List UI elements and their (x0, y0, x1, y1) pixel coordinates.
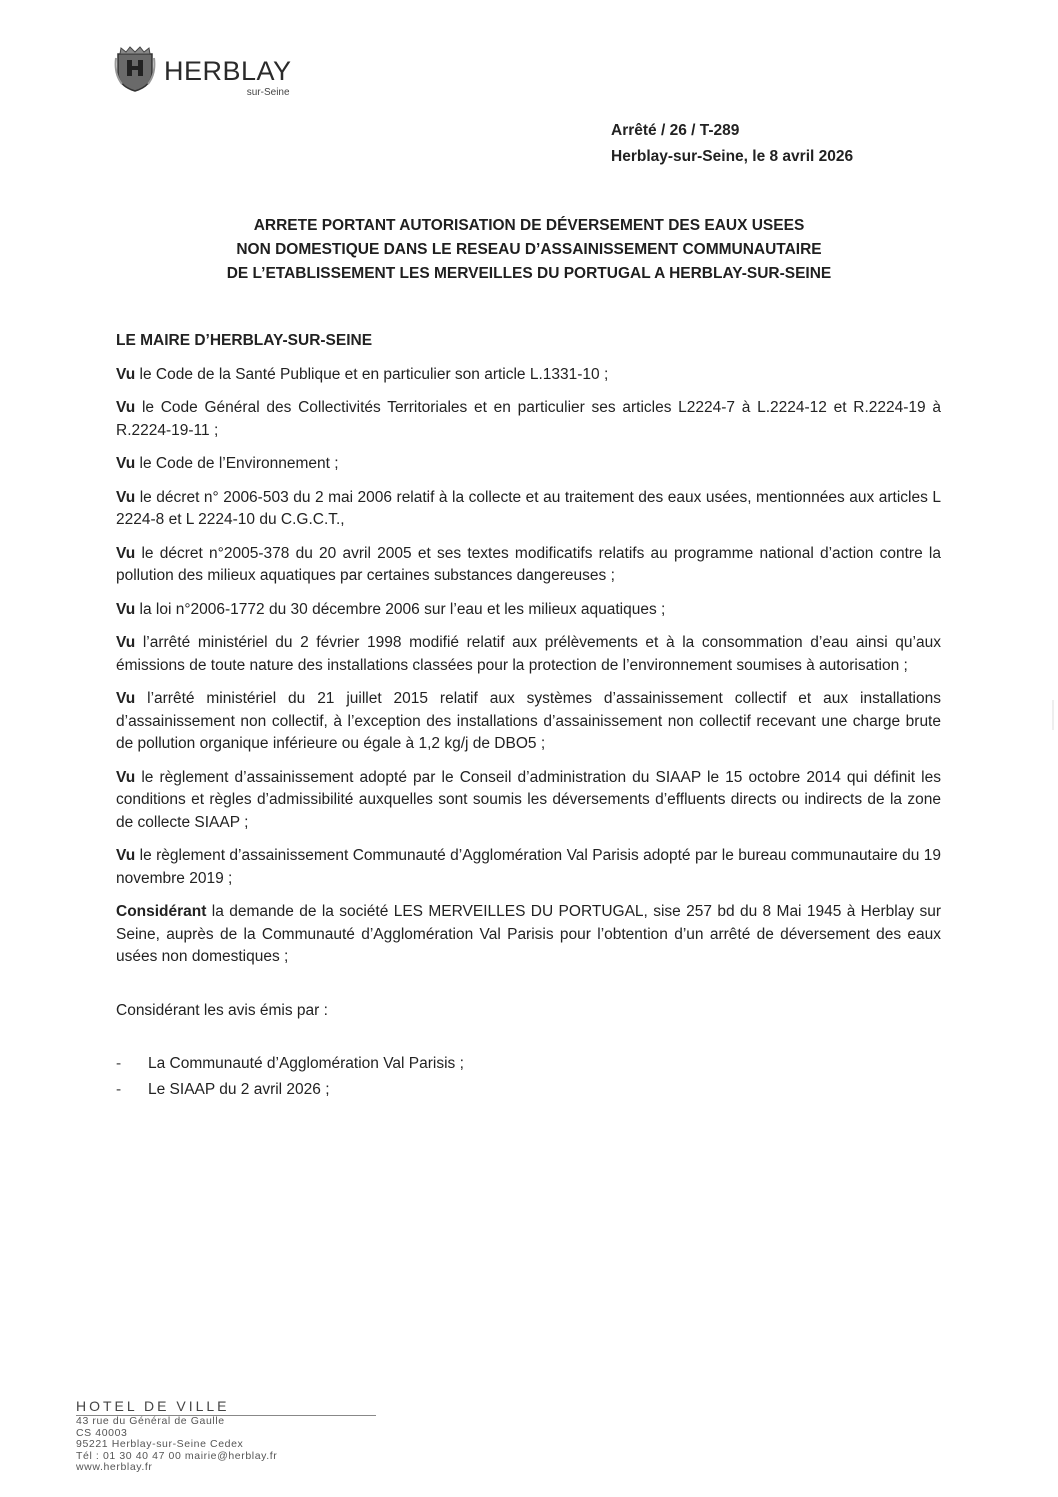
decree-title: ARRETE PORTANT AUTORISATION DE DÉVERSEME… (0, 214, 1058, 286)
document-page: HERBLAY sur-Seine Arrêté / 26 / T-289 He… (0, 0, 1058, 1497)
city-coat-of-arms-icon (114, 44, 156, 92)
paragraph-lead: Vu (116, 455, 135, 472)
paragraph-text: le décret n°2005-378 du 20 avril 2005 et… (116, 545, 941, 585)
logo-wordmark: HERBLAY sur-Seine (164, 57, 292, 85)
footer-title: HOTEL DE VILLE (76, 1398, 376, 1416)
paragraph-lead: Vu (116, 489, 135, 506)
paragraph-lead: Vu (116, 634, 135, 651)
paragraph-lead: Considérant (116, 903, 206, 920)
title-line: ARRETE PORTANT AUTORISATION DE DÉVERSEME… (0, 214, 1058, 238)
paragraph-lead: Vu (116, 690, 135, 707)
legal-basis-paragraph: Vu le décret n° 2006-503 du 2 mai 2006 r… (116, 487, 941, 532)
legal-basis-paragraph: Vu le Code Général des Collectivités Ter… (116, 397, 941, 442)
legal-basis-paragraph: Vu l’arrêté ministériel du 2 février 199… (116, 632, 941, 677)
logo-subtitle: sur-Seine (247, 87, 290, 98)
list-item: Le SIAAP du 2 avril 2026 ; (116, 1079, 941, 1102)
paragraph-text: le Code de l’Environnement ; (135, 455, 338, 472)
logo-name: HERBLAY (164, 57, 292, 85)
scan-artifact (1052, 700, 1054, 730)
paragraph-text: le décret n° 2006-503 du 2 mai 2006 rela… (116, 489, 941, 529)
issuing-authority: LE MAIRE D’HERBLAY-SUR-SEINE (116, 330, 941, 353)
legal-basis-paragraph: Vu la loi n°2006-1772 du 30 décembre 200… (116, 599, 941, 622)
paragraph-lead: Vu (116, 545, 135, 562)
paragraph-text: l’arrêté ministériel du 21 juillet 2015 … (116, 690, 941, 752)
paragraph-lead: Vu (116, 601, 135, 618)
legal-basis-paragraph: Vu le règlement d’assainissement adopté … (116, 767, 941, 835)
paragraph-lead: Vu (116, 769, 135, 786)
legal-basis-paragraph: Vu le règlement d’assainissement Communa… (116, 845, 941, 890)
paragraph-lead: Vu (116, 399, 135, 416)
paragraph-text: la loi n°2006-1772 du 30 décembre 2006 s… (135, 601, 665, 618)
decree-reference-block: Arrêté / 26 / T-289 Herblay-sur-Seine, l… (611, 118, 853, 170)
decree-number: Arrêté / 26 / T-289 (611, 118, 853, 144)
footer-address-line: 43 rue du Général de Gaulle (76, 1416, 376, 1428)
footer-address-line: 95221 Herblay-sur-Seine Cedex (76, 1439, 376, 1451)
place-and-date: Herblay-sur-Seine, le 8 avril 2026 (611, 144, 853, 170)
city-hall-footer: HOTEL DE VILLE 43 rue du Général de Gaul… (76, 1398, 376, 1474)
city-logo: HERBLAY sur-Seine (114, 44, 292, 92)
paragraph-lead: Vu (116, 366, 135, 383)
opinions-list: La Communauté d’Agglomération Val Parisi… (116, 1053, 941, 1101)
legal-basis-paragraph: Vu le décret n°2005-378 du 20 avril 2005… (116, 543, 941, 588)
paragraph-text: le Code de la Santé Publique et en parti… (135, 366, 608, 383)
legal-basis-paragraph: Vu le Code de l’Environnement ; (116, 453, 941, 476)
paragraph-text: le Code Général des Collectivités Territ… (116, 399, 941, 439)
legal-basis-paragraph: Vu l’arrêté ministériel du 21 juillet 20… (116, 688, 941, 756)
paragraph-text: le règlement d’assainissement adopté par… (116, 769, 941, 831)
legal-basis-paragraph: Vu le Code de la Santé Publique et en pa… (116, 364, 941, 387)
title-line: NON DOMESTIQUE DANS LE RESEAU D’ASSAINIS… (0, 238, 1058, 262)
paragraph-text: l’arrêté ministériel du 2 février 1998 m… (116, 634, 941, 674)
considering-paragraph: Considérant la demande de la société LES… (116, 901, 941, 969)
list-item: La Communauté d’Agglomération Val Parisi… (116, 1053, 941, 1076)
paragraph-lead: Vu (116, 847, 135, 864)
paragraph-text: le règlement d’assainissement Communauté… (116, 847, 941, 887)
opinions-intro: Considérant les avis émis par : (116, 1000, 941, 1023)
paragraph-text: la demande de la société LES MERVEILLES … (116, 903, 941, 965)
title-line: DE L’ETABLISSEMENT LES MERVEILLES DU POR… (0, 262, 1058, 286)
footer-website: www.herblay.fr (76, 1462, 376, 1474)
decree-body: LE MAIRE D’HERBLAY-SUR-SEINE Vu le Code … (116, 330, 941, 1104)
